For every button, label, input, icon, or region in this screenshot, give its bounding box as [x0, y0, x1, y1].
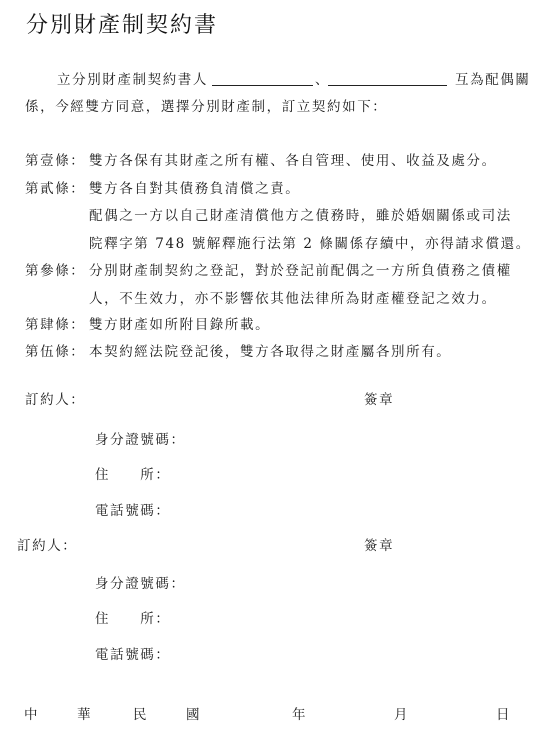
article-1-label: 第壹條：	[25, 152, 85, 170]
date-year-label: 年	[292, 703, 306, 723]
intro-line-1: 立分別財產制契約書人	[57, 71, 208, 89]
intro-prefix: 立分別財產制契約書人	[57, 72, 208, 88]
article-3-line-2: 人，不生效力，亦不影響依其他法律所為財產權登記之效力。	[89, 290, 497, 308]
article-5-label: 第伍條：	[25, 343, 85, 361]
date-char-hua: 華	[77, 703, 91, 723]
signer-2-id-label: 身分證號碼：	[95, 572, 186, 592]
article-2-label: 第貳條：	[25, 180, 85, 198]
intro-line-2: 係，今經雙方同意，選擇分別財產制，訂立契約如下：	[25, 98, 387, 116]
article-5-text: 本契約經法院登記後，雙方各取得之財產屬各別所有。	[89, 343, 451, 361]
date-char-guo: 國	[186, 703, 200, 723]
date-month-label: 月	[394, 703, 408, 723]
page-title: 分別財產制契約書	[26, 8, 218, 39]
signer-1-seal-label: 簽章	[364, 391, 394, 409]
article-3-line-1: 分別財產制契約之登記，對於登記前配偶之一方所負債務之債權	[89, 262, 512, 280]
party-2-name-blank[interactable]	[328, 71, 447, 86]
date-char-zhong: 中	[24, 703, 38, 723]
article-3-label: 第參條：	[25, 262, 85, 280]
signer-2-label: 訂約人：	[17, 537, 77, 555]
signer-1-id-label: 身分證號碼：	[95, 428, 186, 448]
date-char-min: 民	[133, 703, 147, 723]
signer-1-phone-label: 電話號碼：	[95, 499, 171, 519]
article-4-text: 雙方財產如所附目錄所載。	[89, 316, 270, 334]
signer-2-phone-label: 電話號碼：	[95, 643, 171, 663]
article-4-label: 第肆條：	[25, 316, 85, 334]
signer-1-address-label: 住 所：	[95, 463, 171, 483]
article-2-para-line-1: 配偶之一方以自己財產清償他方之債務時，雖於婚姻關係或司法	[89, 207, 512, 225]
signer-1-label: 訂約人：	[25, 391, 85, 409]
article-2-para-line-2: 院釋字第 748 號解釋施行法第 2 條關係存續中，亦得請求償還。	[89, 235, 531, 253]
date-line: 中 華 民 國 年 月 日	[0, 703, 550, 723]
signer-2-address-label: 住 所：	[95, 607, 171, 627]
article-2-text: 雙方各自對其債務負清償之責。	[89, 180, 300, 198]
intro-suffix: 互為配偶關	[455, 71, 531, 89]
date-day-label: 日	[496, 703, 510, 723]
signer-2-seal-label: 簽章	[364, 537, 394, 555]
party-1-name-blank[interactable]	[212, 71, 313, 86]
article-1-text: 雙方各保有其財產之所有權、各自管理、使用、收益及處分。	[89, 152, 497, 170]
